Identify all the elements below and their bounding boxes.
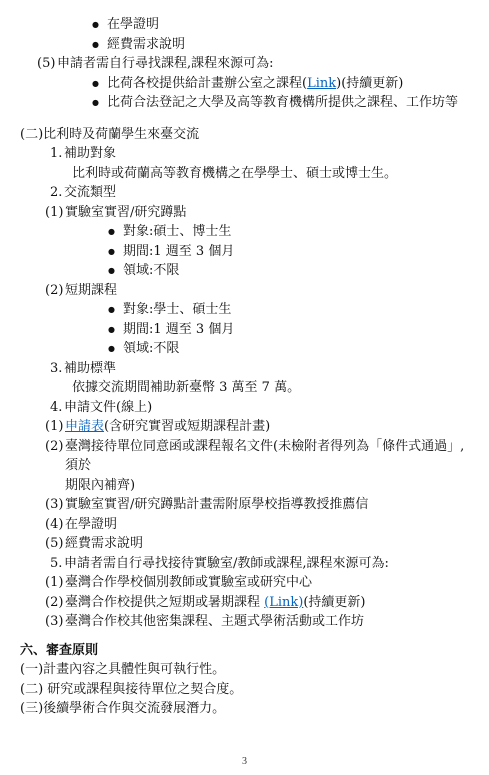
- list-marker: (1): [45, 573, 65, 593]
- line-text: 領域:不限: [123, 261, 489, 281]
- line-text: 期間:1 週至 3 個月: [123, 242, 489, 262]
- bullet-icon: ●: [92, 74, 107, 94]
- document-page: ●在學證明●經費需求說明(5)申請者需自行尋找課程,課程來源可為:●比荷各校提供…: [0, 0, 489, 775]
- text-run: 補助對象: [64, 146, 116, 161]
- line-text: 臺灣合作校其他密集課程、主題式學術活動或工作坊: [65, 612, 467, 632]
- doc-line: (1)申請表(含研究實習或短期課程計畫): [0, 417, 489, 437]
- doc-line: ●比荷合法登記之大學及高等教育機構所提供之課程、工作坊等: [0, 93, 489, 113]
- list-marker: (1): [45, 417, 65, 437]
- doc-line: ●領域:不限: [0, 339, 489, 359]
- doc-line: ●對象:碩士、博士生: [0, 222, 489, 242]
- bullet-icon: ●: [92, 35, 107, 55]
- text-run: (二) 研究或課程與接待單位之契合度。: [20, 682, 242, 697]
- doc-line: (4)在學證明: [0, 515, 489, 535]
- line-text: 實驗室實習/研究蹲點: [65, 203, 467, 223]
- line-text: 臺灣合作校提供之短期或暑期課程 (Link)(持續更新): [65, 593, 467, 613]
- text-run: )(持續更新): [336, 76, 403, 91]
- doc-line: (2)臺灣接待單位同意函或課程報名文件(未檢附者得列為「條件式通過」,須於 期限…: [0, 437, 489, 496]
- text-run: 在學證明: [65, 517, 117, 532]
- line-text: 在學證明: [107, 15, 489, 35]
- hyperlink[interactable]: 申請表: [65, 419, 104, 434]
- bullet-icon: ●: [108, 242, 123, 262]
- doc-line: 比利時或荷蘭高等教育機構之在學學士、碩士或博士生。: [0, 164, 489, 184]
- line-text: 補助標準: [64, 359, 489, 379]
- doc-line: (5)申請者需自行尋找課程,課程來源可為:: [0, 54, 489, 74]
- list-marker: 2.: [50, 183, 64, 203]
- text-run: 對象:學士、碩士生: [123, 302, 231, 317]
- line-text: 經費需求說明: [107, 35, 489, 55]
- doc-line: ●比荷各校提供給計畫辦公室之課程(Link)(持續更新): [0, 74, 489, 94]
- line-text: 在學證明: [65, 515, 467, 535]
- line-text: 領域:不限: [123, 339, 489, 359]
- text-run: 交流類型: [64, 185, 116, 200]
- doc-line: (2)短期課程: [0, 281, 489, 301]
- text-run: (二)比利時及荷蘭學生來臺交流: [20, 127, 199, 142]
- doc-line: 3.補助標準: [0, 359, 489, 379]
- doc-line: ●對象:學士、碩士生: [0, 300, 489, 320]
- bullet-icon: ●: [108, 261, 123, 281]
- doc-line: 2.交流類型: [0, 183, 489, 203]
- line-text: 補助對象: [64, 144, 489, 164]
- text-run: 申請者需自行尋找接待實驗室/教師或課程,課程來源可為:: [64, 556, 389, 571]
- list-marker: (2): [45, 437, 65, 457]
- bullet-icon: ●: [108, 300, 123, 320]
- doc-line: ●期間:1 週至 3 個月: [0, 242, 489, 262]
- line-text: 比荷各校提供給計畫辦公室之課程(Link)(持續更新): [107, 74, 489, 94]
- text-run: 期間:1 週至 3 個月: [123, 244, 234, 259]
- doc-line: 4.申請文件(線上): [0, 398, 489, 418]
- text-run: 比荷合法登記之大學及高等教育機構所提供之課程、工作坊等: [107, 95, 458, 110]
- text-run: 領域:不限: [123, 263, 179, 278]
- list-marker: (1): [45, 203, 65, 223]
- doc-line: (1)實驗室實習/研究蹲點: [0, 203, 489, 223]
- section-gap: [0, 632, 489, 641]
- line-text: 比利時或荷蘭高等教育機構之在學學士、碩士或博士生。: [72, 164, 489, 184]
- list-marker: 4.: [50, 398, 64, 418]
- text-run: 實驗室實習/研究蹲點計畫需附原學校指導教授推薦信: [65, 497, 368, 512]
- text-run: 申請文件(線上): [64, 400, 152, 415]
- line-text: 期間:1 週至 3 個月: [123, 320, 489, 340]
- line-text: 實驗室實習/研究蹲點計畫需附原學校指導教授推薦信: [65, 495, 467, 515]
- text-run: (一)計畫內容之具體性與可執行性。: [20, 662, 225, 677]
- line-text: 申請表(含研究實習或短期課程計畫): [65, 417, 467, 437]
- text-run: 臺灣合作校提供之短期或暑期課程: [65, 595, 264, 610]
- line-text: 短期課程: [65, 281, 467, 301]
- doc-line: ●期間:1 週至 3 個月: [0, 320, 489, 340]
- list-marker: (2): [45, 593, 65, 613]
- doc-line: (3)實驗室實習/研究蹲點計畫需附原學校指導教授推薦信: [0, 495, 489, 515]
- text-run: 申請者需自行尋找課程,課程來源可為:: [57, 56, 274, 71]
- page-number: 3: [0, 756, 489, 767]
- doc-line: (5)經費需求說明: [0, 534, 489, 554]
- text-run: 在學證明: [107, 17, 159, 32]
- text-run: 臺灣合作校其他密集課程、主題式學術活動或工作坊: [65, 614, 364, 629]
- line-text: (三)後續學術合作與交流發展潛力。: [20, 699, 489, 719]
- line-text: (二)比利時及荷蘭學生來臺交流: [20, 125, 489, 145]
- text-run: 對象:碩士、博士生: [123, 224, 231, 239]
- list-marker: 1.: [50, 144, 64, 164]
- section-heading: 六、審查原則: [0, 641, 489, 661]
- bullet-icon: ●: [92, 93, 107, 113]
- text-run: 經費需求說明: [107, 37, 185, 52]
- doc-line: ●經費需求說明: [0, 35, 489, 55]
- line-text: 申請者需自行尋找接待實驗室/教師或課程,課程來源可為:: [64, 554, 489, 574]
- bullet-icon: ●: [108, 320, 123, 340]
- text-run: 經費需求說明: [65, 536, 143, 551]
- doc-line: (1)臺灣合作學校個別教師或實驗室或研究中心: [0, 573, 489, 593]
- bullet-icon: ●: [108, 339, 123, 359]
- line-text: 經費需求說明: [65, 534, 467, 554]
- list-marker: (5): [45, 534, 65, 554]
- doc-line: (二) 研究或課程與接待單位之契合度。: [0, 680, 489, 700]
- doc-line: ●在學證明: [0, 15, 489, 35]
- line-text: 比荷合法登記之大學及高等教育機構所提供之課程、工作坊等: [107, 93, 489, 113]
- line-text: 臺灣接待單位同意函或課程報名文件(未檢附者得列為「條件式通過」,須於 期限內補齊…: [65, 437, 467, 496]
- line-text: 對象:學士、碩士生: [123, 300, 489, 320]
- text-run: 臺灣合作學校個別教師或實驗室或研究中心: [65, 575, 312, 590]
- list-marker: (5): [37, 54, 57, 74]
- line-text: (一)計畫內容之具體性與可執行性。: [20, 660, 489, 680]
- text-run: 比荷各校提供給計畫辦公室之課程(: [107, 76, 307, 91]
- list-marker: 5.: [50, 554, 64, 574]
- text-run: 期間:1 週至 3 個月: [123, 322, 234, 337]
- text-run: 領域:不限: [123, 341, 179, 356]
- line-text: 申請文件(線上): [64, 398, 489, 418]
- doc-line: (3)臺灣合作校其他密集課程、主題式學術活動或工作坊: [0, 612, 489, 632]
- section-gap: [0, 113, 489, 125]
- text-run: 短期課程: [65, 283, 117, 298]
- doc-line: 5.申請者需自行尋找接待實驗室/教師或課程,課程來源可為:: [0, 554, 489, 574]
- doc-line: (一)計畫內容之具體性與可執行性。: [0, 660, 489, 680]
- hyperlink[interactable]: (Link): [264, 595, 303, 610]
- bullet-icon: ●: [92, 15, 107, 35]
- text-run: 臺灣接待單位同意函或課程報名文件(未檢附者得列為「條件式通過」,須於 期限內補齊…: [65, 439, 464, 493]
- doc-line: (三)後續學術合作與交流發展潛力。: [0, 699, 489, 719]
- line-text: 依據交流期間補助新臺幣 3 萬至 7 萬。: [72, 378, 489, 398]
- list-marker: (4): [45, 515, 65, 535]
- list-marker: (3): [45, 495, 65, 515]
- text-run: 比利時或荷蘭高等教育機構之在學學士、碩士或博士生。: [72, 166, 397, 181]
- line-text: 對象:碩士、博士生: [123, 222, 489, 242]
- text-run: 補助標準: [64, 361, 116, 376]
- text-run: (持續更新): [303, 595, 365, 610]
- text-run: 六、審查原則: [20, 643, 98, 658]
- text-run: 依據交流期間補助新臺幣 3 萬至 7 萬。: [72, 380, 300, 395]
- line-text: 申請者需自行尋找課程,課程來源可為:: [57, 54, 489, 74]
- doc-line: (2)臺灣合作校提供之短期或暑期課程 (Link)(持續更新): [0, 593, 489, 613]
- bullet-icon: ●: [108, 222, 123, 242]
- list-marker: (2): [45, 281, 65, 301]
- text-run: (含研究實習或短期課程計畫): [104, 419, 270, 434]
- line-text: 交流類型: [64, 183, 489, 203]
- list-marker: (3): [45, 612, 65, 632]
- line-text: 臺灣合作學校個別教師或實驗室或研究中心: [65, 573, 467, 593]
- line-text: 六、審查原則: [20, 641, 489, 661]
- doc-line: 1.補助對象: [0, 144, 489, 164]
- document-body: ●在學證明●經費需求說明(5)申請者需自行尋找課程,課程來源可為:●比荷各校提供…: [0, 0, 489, 719]
- text-run: (三)後續學術合作與交流發展潛力。: [20, 701, 225, 716]
- text-run: 實驗室實習/研究蹲點: [65, 205, 186, 220]
- line-text: (二) 研究或課程與接待單位之契合度。: [20, 680, 489, 700]
- doc-line: 依據交流期間補助新臺幣 3 萬至 7 萬。: [0, 378, 489, 398]
- hyperlink[interactable]: Link: [307, 76, 336, 91]
- section-heading: (二)比利時及荷蘭學生來臺交流: [0, 125, 489, 145]
- list-marker: 3.: [50, 359, 64, 379]
- doc-line: ●領域:不限: [0, 261, 489, 281]
